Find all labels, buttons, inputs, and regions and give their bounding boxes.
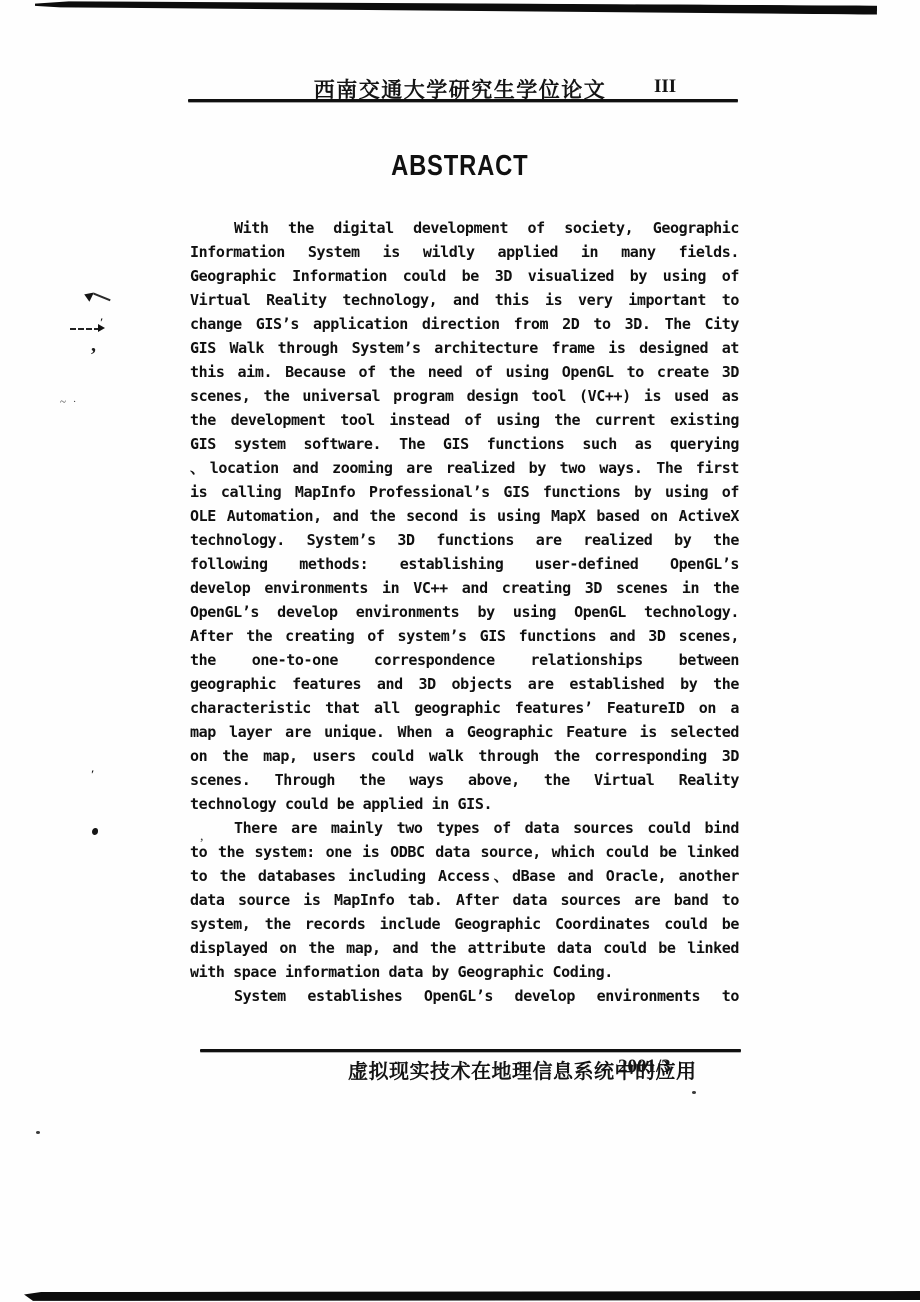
body-line: scenes, the universal program design too… [190, 384, 739, 408]
body-line: is calling MapInfo Professional’s GIS fu… [190, 480, 739, 504]
body-line: Information System is wildly applied in … [190, 240, 739, 264]
body-line: Geographic Information could be 3D visua… [190, 264, 739, 288]
scan-edge-artifact-bottom [24, 1290, 920, 1302]
abstract-body: With the digital development of society,… [190, 216, 739, 1008]
body-line: this aim. Because of the need of using O… [190, 360, 739, 384]
body-line: on the map, users could walk through the… [190, 744, 739, 768]
dot-bold-mark [92, 828, 98, 835]
body-line: technology could be applied in GIS. [190, 792, 739, 816]
header-rule [188, 99, 738, 102]
speck-mark [692, 1091, 696, 1094]
body-line: data source is MapInfo tab. After data s… [190, 888, 739, 912]
body-line: the one-to-one correspondence relationsh… [190, 648, 739, 672]
body-line: to the system: one is ODBC data source, … [190, 840, 739, 864]
comma-light-mark [200, 832, 204, 842]
abstract-heading-text: ABSTRACT [391, 150, 528, 183]
body-line: displayed on the map, and the attribute … [190, 936, 739, 960]
scanned-thesis-page: 西南交通大学研究生学位论文 III ABSTRACT With the digi… [0, 0, 920, 1302]
body-line: change GIS’s application direction from … [190, 312, 739, 336]
tick-small-mark [91, 770, 94, 778]
body-line: GIS system software. The GIS functions s… [190, 432, 739, 456]
body-line: with space information data by Geographi… [190, 960, 739, 984]
scan-edge-artifact-top [35, 0, 877, 14]
footer-date: 2001/3 [618, 1056, 671, 1078]
body-line: characteristic that all geographic featu… [190, 696, 739, 720]
body-line: After the creating of system’s GIS funct… [190, 624, 739, 648]
body-line: With the digital development of society,… [190, 216, 739, 240]
abstract-heading: ABSTRACT [0, 150, 920, 183]
body-line: OLE Automation, and the second is using … [190, 504, 739, 528]
body-line: following methods: establishing user-def… [190, 552, 739, 576]
body-line: system, the records include Geographic C… [190, 912, 739, 936]
footer-rule [200, 1049, 741, 1052]
comma-bold-mark [90, 350, 97, 360]
body-line: System establishes OpenGL’s develop envi… [190, 984, 739, 1008]
body-line: Virtual Reality technology, and this is … [190, 288, 739, 312]
body-line: GIS Walk through System’s architecture f… [190, 336, 739, 360]
body-line: map layer are unique. When a Geographic … [190, 720, 739, 744]
body-line: technology. System’s 3D functions are re… [190, 528, 739, 552]
body-line: the development tool instead of using th… [190, 408, 739, 432]
squiggle-mark [60, 398, 78, 406]
body-line: scenes. Through the ways above, the Virt… [190, 768, 739, 792]
body-line: There are mainly two types of data sourc… [190, 816, 739, 840]
body-line: to the databases including Access、dBase … [190, 864, 739, 888]
speck-mark [36, 1131, 40, 1134]
body-line: OpenGL’s develop environments by using O… [190, 600, 739, 624]
body-line: 、location and zooming are realized by tw… [190, 456, 739, 480]
body-line: develop environments in VC++ and creatin… [190, 576, 739, 600]
page-number: III [654, 76, 676, 98]
pencil-check-mark [86, 289, 112, 305]
body-line: geographic features and 3D objects are e… [190, 672, 739, 696]
dash-arrow-mark [70, 328, 100, 338]
